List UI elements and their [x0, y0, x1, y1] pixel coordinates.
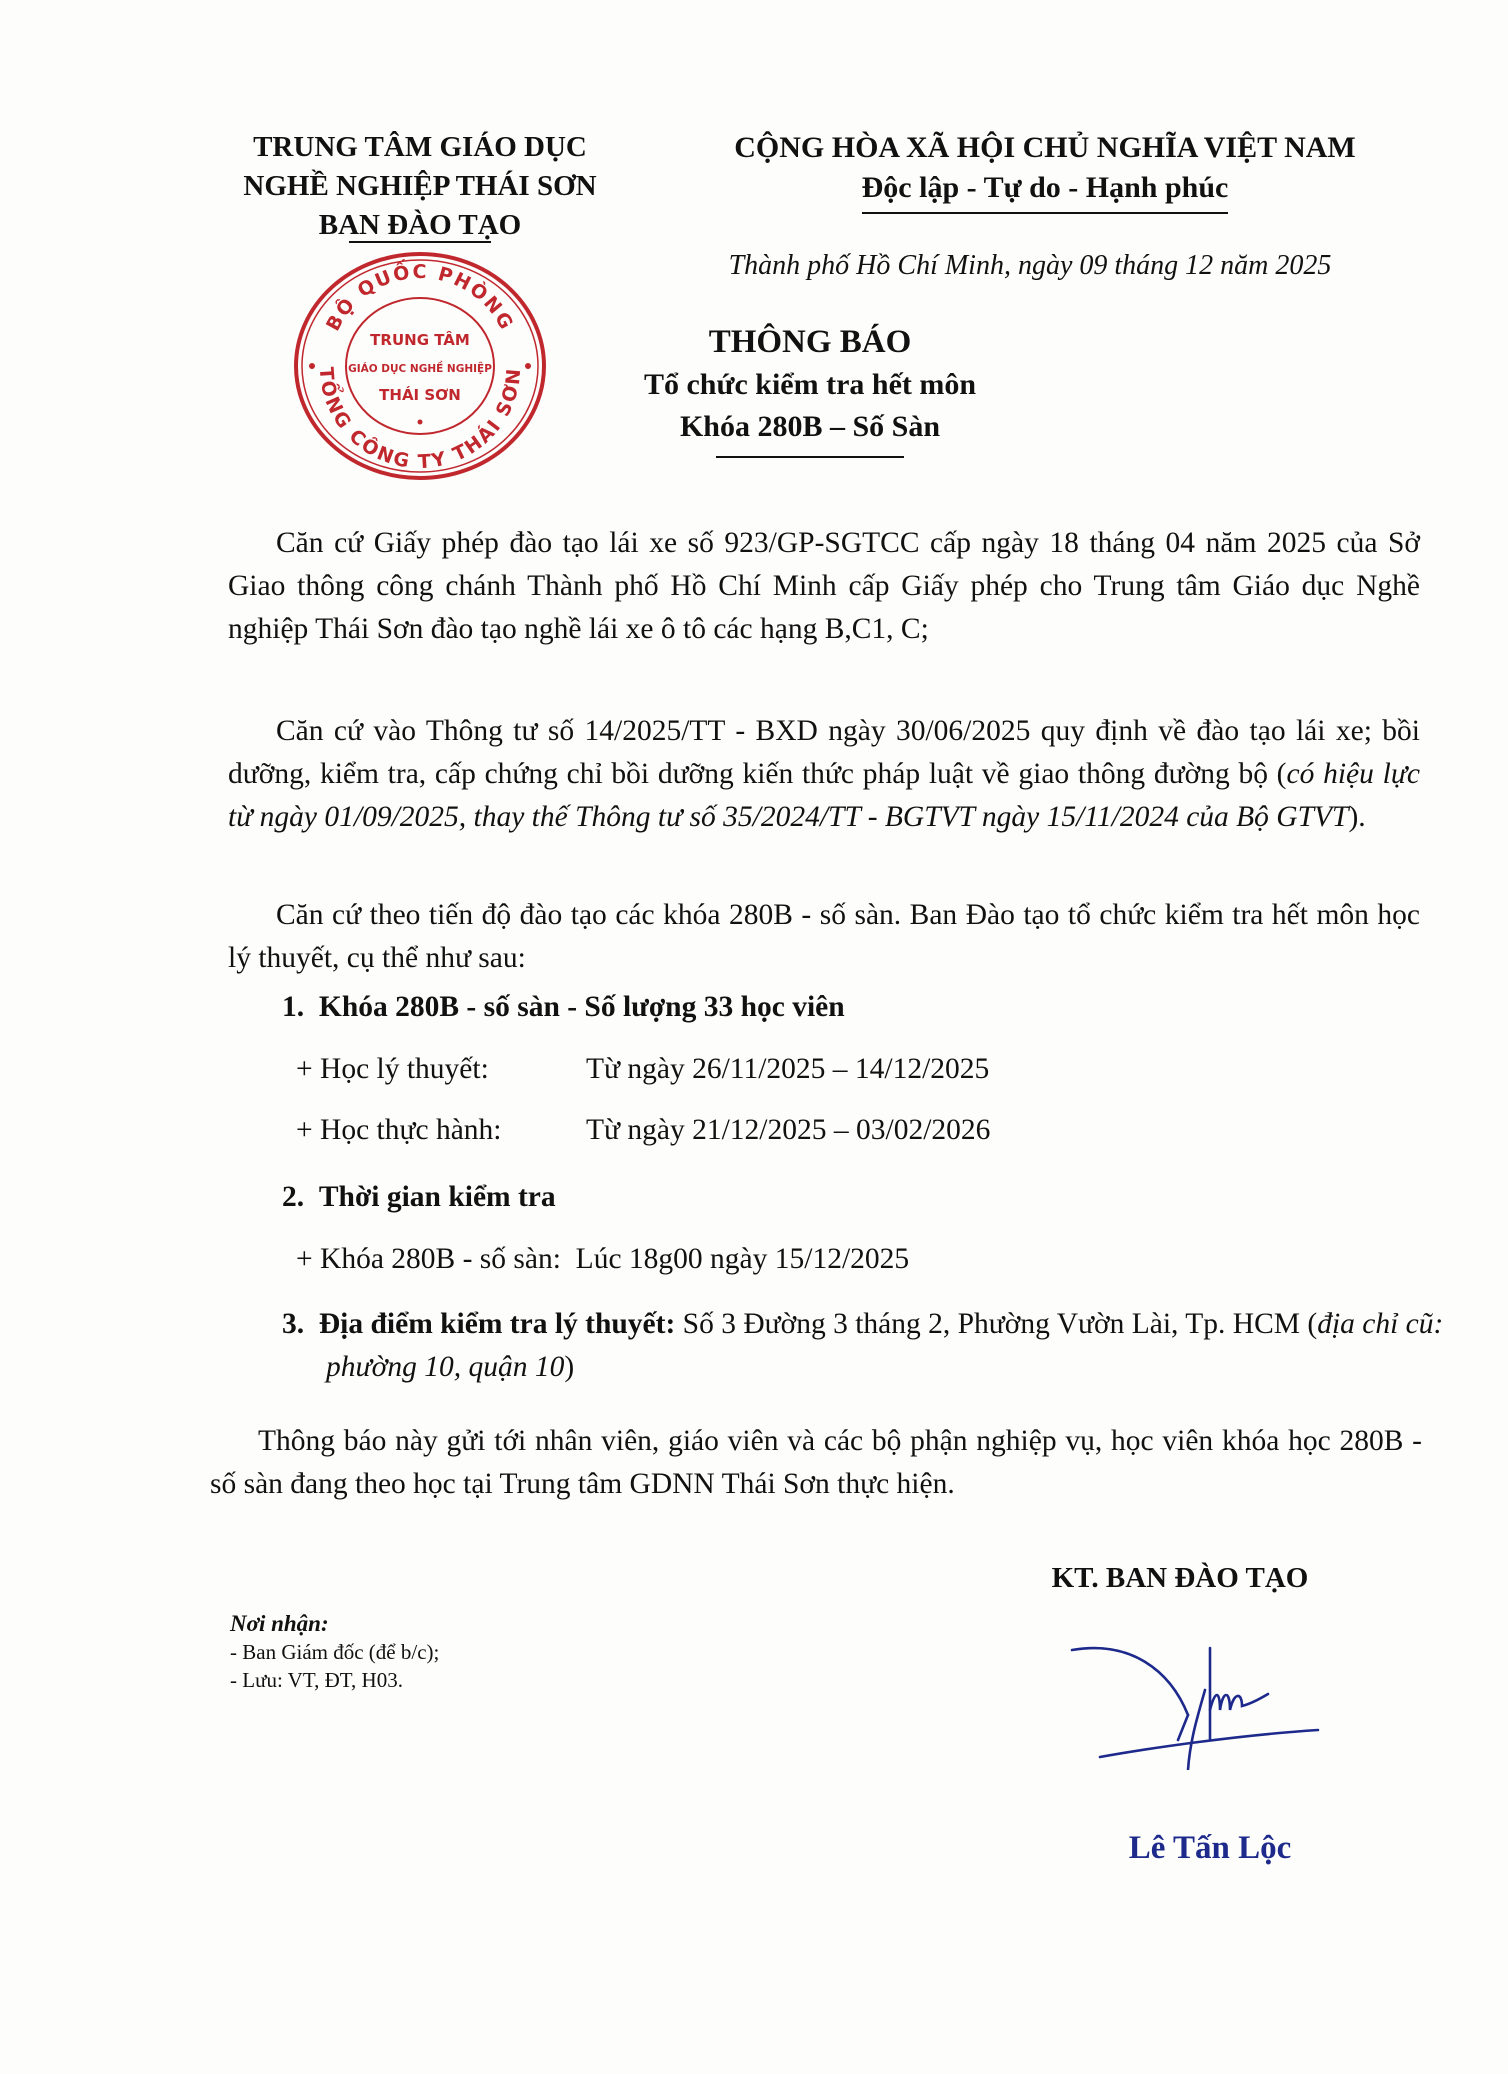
svg-text:BỘ QUỐC PHÒNG: BỘ QUỐC PHÒNG — [322, 257, 518, 334]
handwritten-signature-icon — [1060, 1630, 1320, 1770]
svg-text:THÁI SƠN: THÁI SƠN — [379, 385, 461, 404]
place-date-line: Thành phố Hồ Chí Minh, ngày 09 tháng 12 … — [660, 250, 1400, 282]
list-item-3: 3. Địa điểm kiểm tra lý thuyết: Số 3 Đườ… — [282, 1303, 1466, 1389]
org-department: BAN ĐÀO TẠO — [319, 206, 522, 245]
recipients-heading: Nơi nhận: — [230, 1610, 439, 1638]
org-line-2: NGHỀ NGHIỆP THÁI SƠN — [200, 167, 640, 206]
title-subtitle-1: Tổ chức kiểm tra hết môn — [560, 364, 1060, 406]
paragraph-legal-basis-1: Căn cứ Giấy phép đào tạo lái xe số 923/G… — [228, 522, 1420, 651]
paragraph-legal-basis-2: Căn cứ vào Thông tư số 14/2025/TT - BXD … — [228, 710, 1420, 839]
item-3-title: Địa điểm kiểm tra lý thuyết: — [319, 1308, 675, 1340]
signatory-title: KT. BAN ĐÀO TẠO — [1000, 1562, 1360, 1595]
svg-text:GIÁO DỤC NGHỀ NGHIỆP: GIÁO DỤC NGHỀ NGHIỆP — [348, 361, 492, 375]
signatory-name: Lê Tấn Lộc — [1080, 1830, 1340, 1867]
country-name: CỘNG HÒA XÃ HỘI CHỦ NGHĨA VIỆT NAM — [680, 128, 1410, 168]
org-line-1: TRUNG TÂM GIÁO DỤC — [200, 128, 640, 167]
sub-item-practice: + Học thực hành:Từ ngày 21/12/2025 – 03/… — [296, 1114, 990, 1147]
list-item-2: 2. Thời gian kiểm tra — [282, 1176, 1422, 1219]
title-heading: THÔNG BÁO — [560, 320, 1060, 364]
national-header: CỘNG HÒA XÃ HỘI CHỦ NGHĨA VIỆT NAM Độc l… — [680, 128, 1410, 214]
title-divider — [716, 456, 904, 458]
list-item-1: 1. Khóa 280B - số sàn - Số lượng 33 học … — [282, 986, 1422, 1029]
recipient-line: - Ban Giám đốc (để b/c); — [230, 1638, 439, 1666]
document-title: THÔNG BÁO Tổ chức kiểm tra hết môn Khóa … — [560, 320, 1060, 458]
item-2-title: Thời gian kiểm tra — [319, 1181, 556, 1213]
sub-item-theory: + Học lý thuyết:Từ ngày 26/11/2025 – 14/… — [296, 1053, 989, 1086]
item-1-title: Khóa 280B - số sàn - Số lượng 33 học viê… — [319, 991, 845, 1023]
issuing-organization: TRUNG TÂM GIÁO DỤC NGHỀ NGHIỆP THÁI SƠN … — [200, 128, 640, 245]
recipients-block: Nơi nhận: - Ban Giám đốc (để b/c); - Lưu… — [230, 1610, 439, 1694]
title-subtitle-2: Khóa 280B – Số Sàn — [560, 406, 1060, 448]
recipient-line: - Lưu: VT, ĐT, H03. — [230, 1666, 439, 1694]
national-motto: Độc lập - Tự do - Hạnh phúc — [862, 168, 1229, 214]
stamp-seal-icon: BỘ QUỐC PHÒNG TỔNG CÔNG TY THÁI SƠN TRUN… — [292, 250, 548, 482]
official-stamp: BỘ QUỐC PHÒNG TỔNG CÔNG TY THÁI SƠN TRUN… — [292, 250, 548, 482]
paragraph-closing: Thông báo này gửi tới nhân viên, giáo vi… — [210, 1420, 1422, 1506]
paragraph-schedule-basis: Căn cứ theo tiến độ đào tạo các khóa 280… — [228, 894, 1420, 980]
sub-item-exam-time: + Khóa 280B - số sàn: Lúc 18g00 ngày 15/… — [296, 1243, 909, 1276]
svg-text:TRUNG TÂM: TRUNG TÂM — [370, 330, 470, 349]
